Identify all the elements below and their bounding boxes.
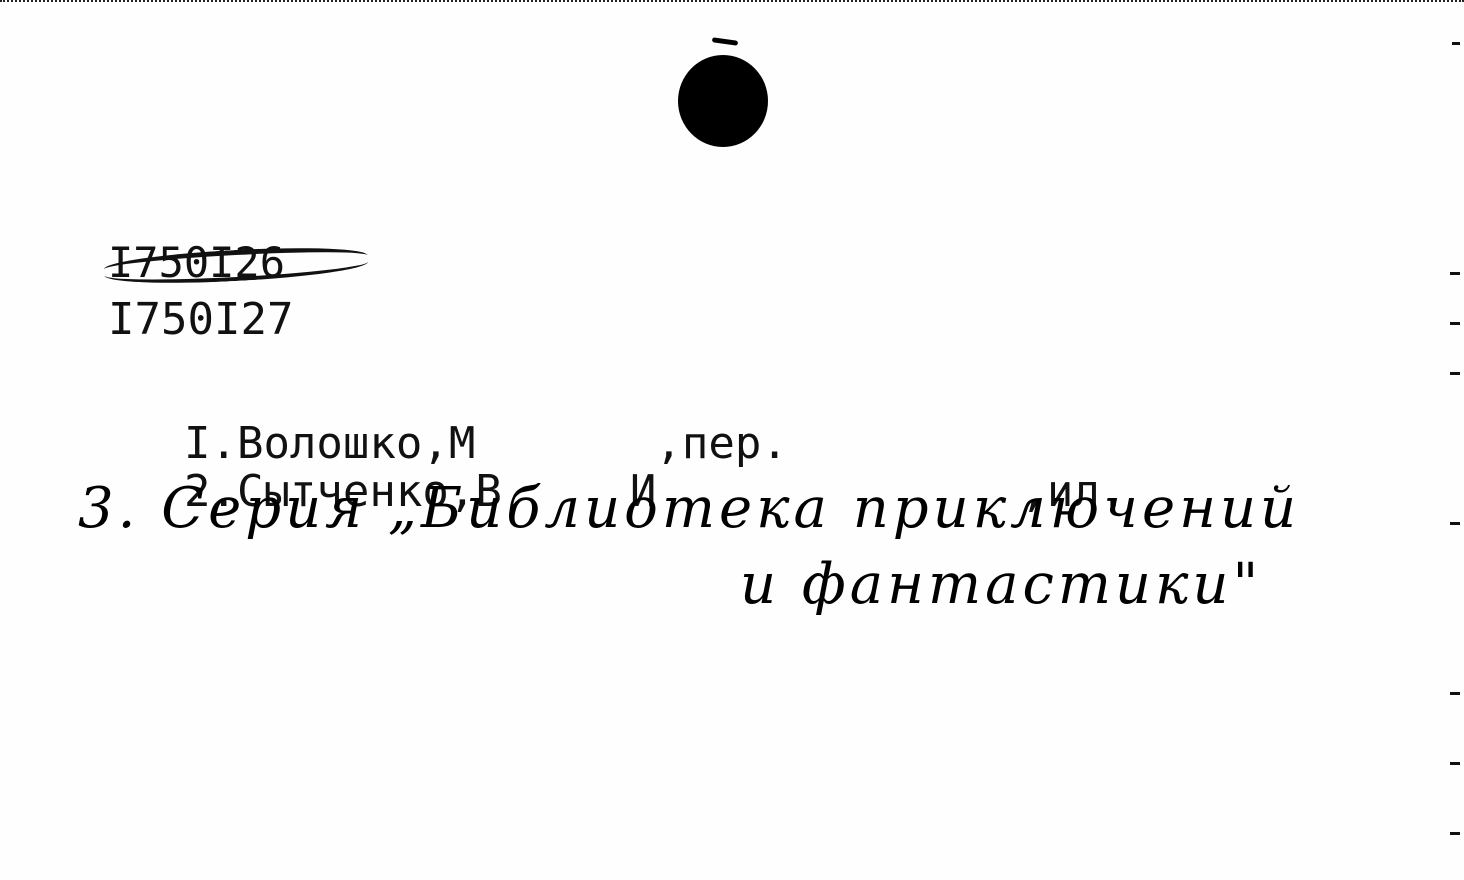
inventory-number: I750I27	[108, 298, 293, 342]
edge-speck	[1450, 692, 1460, 695]
edge-speck	[1450, 372, 1460, 375]
edge-speck	[1450, 762, 1460, 765]
punch-hole	[678, 55, 768, 147]
edge-speck	[1450, 832, 1460, 835]
edge-speck	[1450, 322, 1460, 325]
edge-speck	[1450, 522, 1460, 525]
edge-speck	[1452, 42, 1460, 45]
hole-mark	[712, 37, 738, 46]
catalog-card: I750I26 I750I27 I.Волошко,М,пер. 2.Сытче…	[0, 0, 1464, 880]
edge-speck	[1450, 272, 1460, 275]
handwritten-series-line2: и фантастики"	[740, 552, 1262, 617]
handwritten-series-line1: 3. Серия „Библиотека приключений	[78, 476, 1300, 541]
